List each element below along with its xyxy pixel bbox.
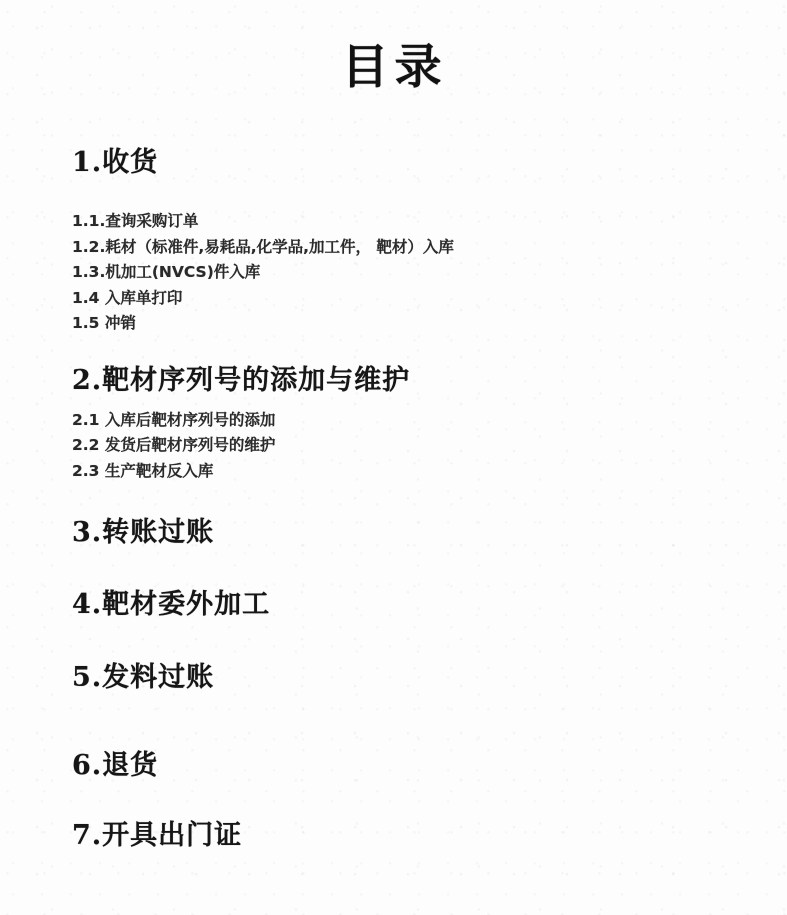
toc-section-gate-pass: 7.开具出门证 — [72, 818, 717, 854]
toc-item: 1.4 入库单打印 — [72, 286, 717, 312]
toc-item: 1.5 冲销 — [72, 311, 717, 337]
toc-section-serial-maintenance: 2.靶材序列号的添加与维护 2.1 入库后靶材序列号的添加 2.2 发货后靶材序… — [72, 363, 717, 485]
toc-section-heading: 1.收货 — [72, 145, 717, 181]
toc-section-heading: 4.靶材委外加工 — [72, 587, 717, 623]
toc-item: 2.1 入库后靶材序列号的添加 — [72, 408, 717, 434]
toc-section-outsourced-processing: 4.靶材委外加工 — [72, 587, 717, 623]
toc-item: 2.3 生产靶材反入库 — [72, 459, 717, 485]
toc-item: 1.2.耗材（标准件,易耗品,化学品,加工件， 靶材）入库 — [72, 235, 717, 261]
toc-section-items: 2.1 入库后靶材序列号的添加 2.2 发货后靶材序列号的维护 2.3 生产靶材… — [72, 408, 717, 485]
page-title: 目录 — [72, 38, 717, 97]
toc-section-heading: 6.退货 — [72, 748, 717, 784]
toc-section-heading: 7.开具出门证 — [72, 818, 717, 854]
toc-section-heading: 5.发料过账 — [72, 660, 717, 696]
toc-item: 2.2 发货后靶材序列号的维护 — [72, 433, 717, 459]
toc-section-material-issue-posting: 5.发料过账 — [72, 660, 717, 696]
toc-item: 1.1.查询采购订单 — [72, 209, 717, 235]
toc-page: 目录 1.收货 1.1.查询采购订单 1.2.耗材（标准件,易耗品,化学品,加工… — [0, 0, 787, 915]
toc-section-heading: 2.靶材序列号的添加与维护 — [72, 363, 717, 399]
toc-section-receiving: 1.收货 1.1.查询采购订单 1.2.耗材（标准件,易耗品,化学品,加工件， … — [72, 145, 717, 337]
toc-section-items: 1.1.查询采购订单 1.2.耗材（标准件,易耗品,化学品,加工件， 靶材）入库… — [72, 209, 717, 337]
toc-section-transfer-posting: 3.转账过账 — [72, 515, 717, 551]
toc-section-heading: 3.转账过账 — [72, 515, 717, 551]
toc-item: 1.3.机加工(NVCS)件入库 — [72, 260, 717, 286]
toc-section-returns: 6.退货 — [72, 748, 717, 784]
